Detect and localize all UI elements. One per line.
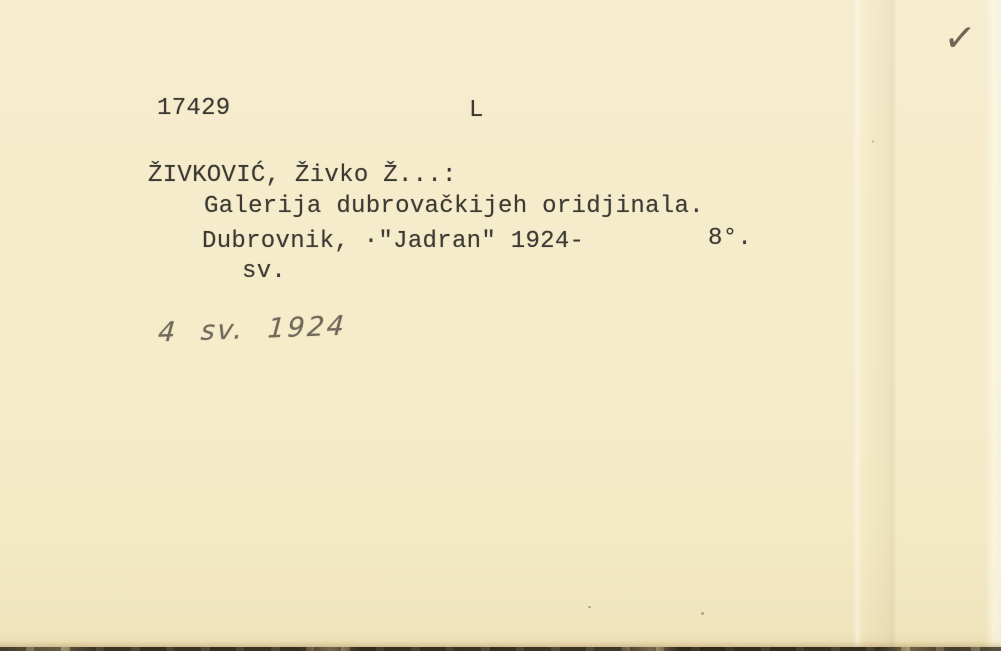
section-letter: L <box>469 98 484 123</box>
imprint-line: Dubrovnik, ·"Jadran" 1924- <box>202 229 584 254</box>
format-notation: 8°. <box>708 226 752 251</box>
checkmark-icon: ✓ <box>942 13 978 62</box>
paper-speck <box>588 606 591 608</box>
card-bottom-edge <box>0 647 1001 651</box>
handwritten-note: 4 sv. 1924 <box>157 311 348 349</box>
catalog-card: 17429 L ŽIVKOVIĆ, Živko Ž...: Galerija d… <box>0 0 1001 651</box>
author-heading: ŽIVKOVIĆ, Živko Ž...: <box>148 163 457 188</box>
paper-speck <box>872 140 874 143</box>
volumes-abbreviation: sv. <box>242 259 286 284</box>
paper-speck <box>701 612 704 615</box>
title-line: Galerija dubrovačkijeh oridjinala. <box>204 194 704 219</box>
call-number: 17429 <box>157 96 231 121</box>
